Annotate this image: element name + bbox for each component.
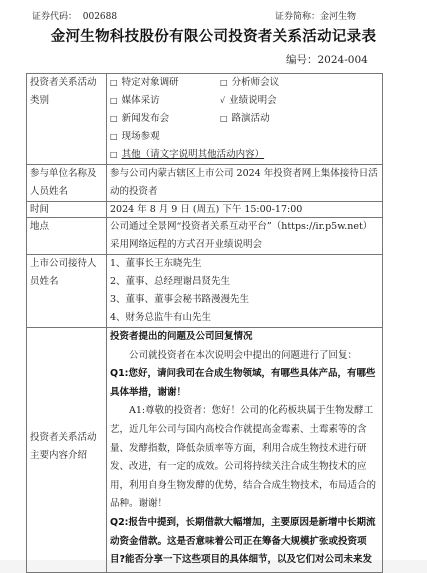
option-analyst-meeting: □分析师会议 <box>220 74 330 92</box>
checkbox-icon: □ <box>110 150 118 159</box>
option-site-visit: □现场参观 <box>110 128 220 146</box>
checkbox-icon: □ <box>110 78 118 87</box>
option-label: 现场参观 <box>122 131 160 142</box>
option-label: 分析师会议 <box>232 77 280 88</box>
location-value: 公司通过全景网“投资者关系互动平台”（https://ir.p5w.net）采用… <box>107 218 383 255</box>
stock-code-label: 证券代码： <box>32 12 77 22</box>
option-label: 其他 <box>122 149 141 160</box>
option-other: □其他（请文字说明其他活动内容） <box>110 146 264 164</box>
checkbox-icon: □ <box>220 114 228 123</box>
document-title: 金河生物科技股份有限公司投资者关系活动记录表 <box>0 25 427 46</box>
participants-value: 参与公司内蒙古辖区上市公司 2024 年投资者网上集体接待日活动的投资者 <box>107 165 383 202</box>
row-category: 投资者关系活动类别 □特定对象调研 □分析师会议 □媒体采访 √业绩说明会 □新… <box>27 74 383 165</box>
row-location: 地点 公司通过全景网“投资者关系互动平台”（https://ir.p5w.net… <box>27 218 383 255</box>
stock-code-value: 002688 <box>83 12 117 22</box>
option-media-interview: □媒体采访 <box>110 92 220 110</box>
document-page: 证券代码： 002688 证券简称：金河生物 金河生物科技股份有限公司投资者关系… <box>0 0 427 560</box>
checkbox-icon: □ <box>220 78 228 87</box>
stock-abbr-label: 证券简称： <box>275 12 320 22</box>
hosts-label: 上市公司接待人员姓名 <box>27 255 107 328</box>
checkbox-icon: □ <box>110 132 118 141</box>
other-note: （请文字说明其他活动内容） <box>141 149 265 160</box>
option-specific-research: □特定对象调研 <box>110 74 220 92</box>
option-label: 路演活动 <box>232 113 270 124</box>
checkmark-icon: √ <box>220 96 225 105</box>
time-label: 时间 <box>27 202 107 218</box>
participants-label: 参与单位名称及人员姓名 <box>27 165 107 202</box>
stock-code: 证券代码： 002688 <box>32 9 117 22</box>
answer-1: A1:尊敬的投资者：您好！公司的化药板块属于生物发酵工艺，近几年公司与国内高校合… <box>110 402 379 514</box>
serial-number: 编号：2024-004 <box>286 52 368 67</box>
option-press-conference: □新闻发布会 <box>110 110 220 128</box>
question-2: Q2:报告中提到，长期借款大幅增加，主要原因是新增中长期流动资金借款。这是否意味… <box>110 514 379 570</box>
location-label: 地点 <box>27 218 107 255</box>
question-1: Q1:您好，请问我司在合成生物领域，有哪些具体产品，有哪些具体举措，谢谢！ <box>110 365 379 402</box>
record-table: 投资者关系活动类别 □特定对象调研 □分析师会议 □媒体采访 √业绩说明会 □新… <box>26 73 383 573</box>
option-label: 特定对象调研 <box>122 77 179 88</box>
host-item: 2、董事、总经理谢昌贤先生 <box>110 273 379 291</box>
row-hosts: 上市公司接待人员姓名 1、董事长王东晓先生 2、董事、总经理谢昌贤先生 3、董事… <box>27 255 383 328</box>
checkbox-icon: □ <box>110 96 118 105</box>
option-label: 新闻发布会 <box>122 113 170 124</box>
row-content: 投资者关系活动主要内容介绍 投资者提出的问题及公司回复情况 公司就投资者在本次说… <box>27 328 383 573</box>
option-label: 业绩说明会 <box>229 95 277 106</box>
checkbox-icon: □ <box>110 114 118 123</box>
option-label: 媒体采访 <box>122 95 160 106</box>
row-participants: 参与单位名称及人员姓名 参与公司内蒙古辖区上市公司 2024 年投资者网上集体接… <box>27 165 383 202</box>
hosts-list: 1、董事长王东晓先生 2、董事、总经理谢昌贤先生 3、董事、董事会秘书路漫漫先生… <box>107 255 383 328</box>
content-label-cell: 投资者关系活动主要内容介绍 <box>27 328 107 573</box>
host-item: 1、董事长王东晓先生 <box>110 255 379 273</box>
content-body: 投资者提出的问题及公司回复情况 公司就投资者在本次说明会中提出的问题进行了回复：… <box>107 328 383 573</box>
content-intro: 公司就投资者在本次说明会中提出的问题进行了回复： <box>110 347 379 366</box>
host-item: 4、财务总监牛有山先生 <box>110 309 379 327</box>
content-label: 投资者关系活动主要内容介绍 <box>30 429 103 465</box>
stock-abbr-value: 金河生物 <box>320 12 356 22</box>
option-earnings-call: √业绩说明会 <box>220 92 330 110</box>
option-roadshow: □路演活动 <box>220 110 330 128</box>
stock-abbr: 证券简称：金河生物 <box>275 9 356 22</box>
category-options: □特定对象调研 □分析师会议 □媒体采访 √业绩说明会 □新闻发布会 □路演活动… <box>107 74 383 165</box>
category-label: 投资者关系活动类别 <box>27 74 107 165</box>
host-item: 3、董事、董事会秘书路漫漫先生 <box>110 291 379 309</box>
row-time: 时间 2024 年 8 月 9 日 (周五) 下午 15:00-17:00 <box>27 202 383 218</box>
time-value: 2024 年 8 月 9 日 (周五) 下午 15:00-17:00 <box>107 202 383 218</box>
content-heading: 投资者提出的问题及公司回复情况 <box>110 328 379 347</box>
